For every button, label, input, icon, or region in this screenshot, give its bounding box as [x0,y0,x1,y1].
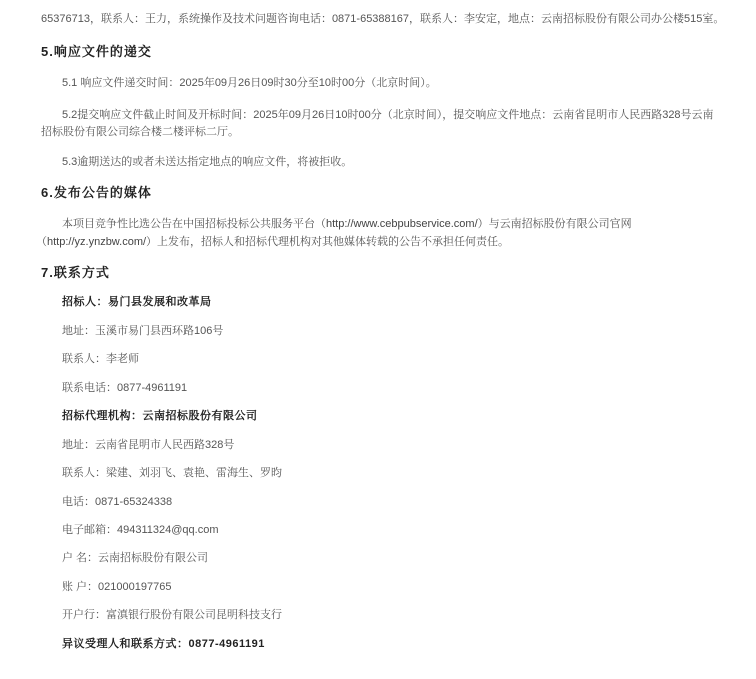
section-6-line1-suffix: ）与云南招标股份有限公司官网 [478,218,632,230]
objection-contact: 异议受理人和联系方式：0877-4961191 [62,635,265,653]
section-5-2-line2: 招标股份有限公司综合楼二楼评标二厅。 [41,123,239,141]
agency-phone: 电话：0871-65324338 [62,493,172,511]
tenderer-title: 招标人：易门县发展和改革局 [62,293,212,311]
ynzbw-link[interactable]: http://yz.ynzbw.com/ [47,236,146,248]
account-number: 账 户：021000197765 [62,578,171,596]
section-6-line2: （http://yz.ynzbw.com/）上发布，招标人和招标代理机构对其他媒… [36,233,509,251]
tenderer-phone: 联系电话：0877-4961191 [62,379,187,397]
section-5-3: 5.3逾期送达的或者未送达指定地点的响应文件，将被拒收。 [62,153,352,171]
section-5-1: 5.1 响应文件递交时间：2025年09月26日09时30分至10时00分（北京… [62,74,437,92]
section-6-heading: 6.发布公告的媒体 [41,184,152,202]
bank-name: 开户行：富滇银行股份有限公司昆明科技支行 [62,606,282,624]
agency-title: 招标代理机构：云南招标股份有限公司 [62,407,258,425]
account-name: 户 名：云南招标股份有限公司 [62,549,208,567]
agency-address: 地址：云南省昆明市人民西路328号 [62,436,234,454]
agency-email: 电子邮箱：494311324@qq.com [62,521,218,539]
section-5-2-line1: 5.2提交响应文件截止时间及开标时间：2025年09月26日10时00分（北京时… [62,106,714,124]
cebpubservice-link[interactable]: http://www.cebpubservice.com/ [326,218,478,230]
section-6-line2-suffix: ）上发布，招标人和招标代理机构对其他媒体转载的公告不承担任何责任。 [146,236,509,248]
agency-contact: 联系人：梁建、刘羽飞、袁艳、雷海生、罗昀 [62,464,282,482]
section-5-heading: 5.响应文件的递交 [41,43,152,61]
contact-info-line: 65376713，联系人：王力，系统操作及技术问题咨询电话：0871-65388… [41,10,724,28]
tenderer-address: 地址：玉溪市易门县西环路106号 [62,322,223,340]
section-6-line1-prefix: 本项目竞争性比选公告在中国招标投标公共服务平台（ [62,218,326,230]
section-7-heading: 7.联系方式 [41,264,110,282]
tenderer-contact: 联系人：李老师 [62,350,139,368]
section-6-line2-prefix: （ [36,236,47,248]
section-6-line1: 本项目竞争性比选公告在中国招标投标公共服务平台（http://www.cebpu… [62,215,632,233]
